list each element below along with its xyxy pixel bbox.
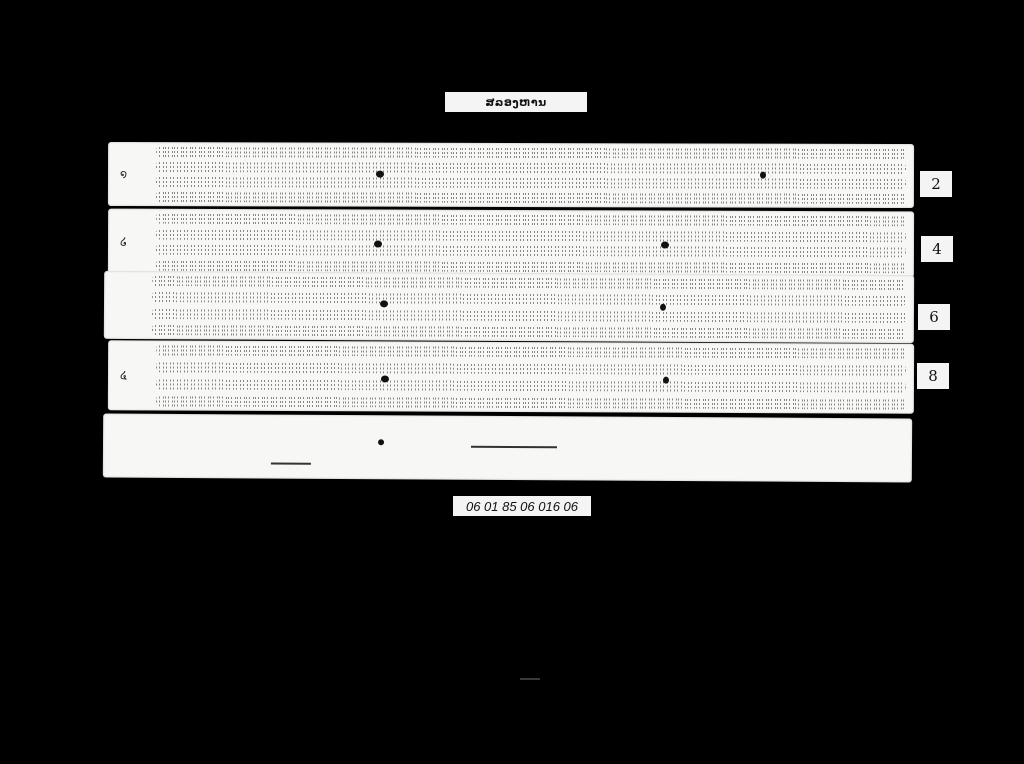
binding-hole: [380, 300, 388, 307]
manuscript-title-label: ສລອງຫານ: [445, 92, 587, 112]
script-line: [156, 361, 906, 375]
script-line: [156, 228, 906, 242]
script-line: [156, 146, 906, 159]
script-line: [152, 275, 906, 290]
catalog-id-label: 06 01 85 06 016 06: [453, 496, 591, 516]
page-number-label: 8: [917, 363, 949, 389]
binding-hole: [374, 241, 382, 248]
leaf-margin-number: ໒: [120, 235, 127, 248]
script-line: [156, 344, 906, 358]
palm-leaf-4: ໔: [108, 340, 914, 414]
palm-leaf-5-blank: [103, 414, 912, 483]
leaf-text-lines: [156, 146, 906, 204]
leaf-margin-number: ໑: [120, 167, 127, 180]
leaf-text-lines: [152, 275, 906, 339]
page-number-label: 4: [921, 236, 953, 262]
script-line: [156, 161, 906, 174]
script-line: [156, 191, 906, 204]
script-line: [152, 324, 906, 339]
binding-hole: [660, 304, 666, 311]
scan-artifact: [520, 678, 540, 680]
binding-hole: [661, 242, 669, 249]
script-line: [156, 176, 906, 189]
binding-hole: [663, 377, 669, 384]
page-number-label: 2: [920, 171, 952, 197]
leaf-margin-number: ໔: [120, 369, 127, 382]
script-line: [156, 395, 906, 409]
binding-hole: [381, 375, 389, 382]
palm-leaf-1: ໑: [108, 142, 914, 208]
palm-leaf-2: ໒: [108, 209, 914, 278]
leaf-text-lines: [156, 344, 906, 409]
palm-leaf-3: [104, 271, 914, 343]
script-line: [152, 291, 906, 306]
binding-hole: [376, 171, 384, 178]
script-line: [152, 308, 906, 323]
script-line: [156, 378, 906, 392]
ink-mark: [471, 446, 557, 449]
leaf-text-lines: [156, 213, 906, 274]
binding-hole: [378, 439, 384, 445]
binding-hole: [760, 172, 766, 179]
page-number-label: 6: [918, 304, 950, 330]
script-line: [156, 213, 906, 227]
ink-mark: [271, 463, 311, 465]
script-line: [156, 244, 906, 258]
